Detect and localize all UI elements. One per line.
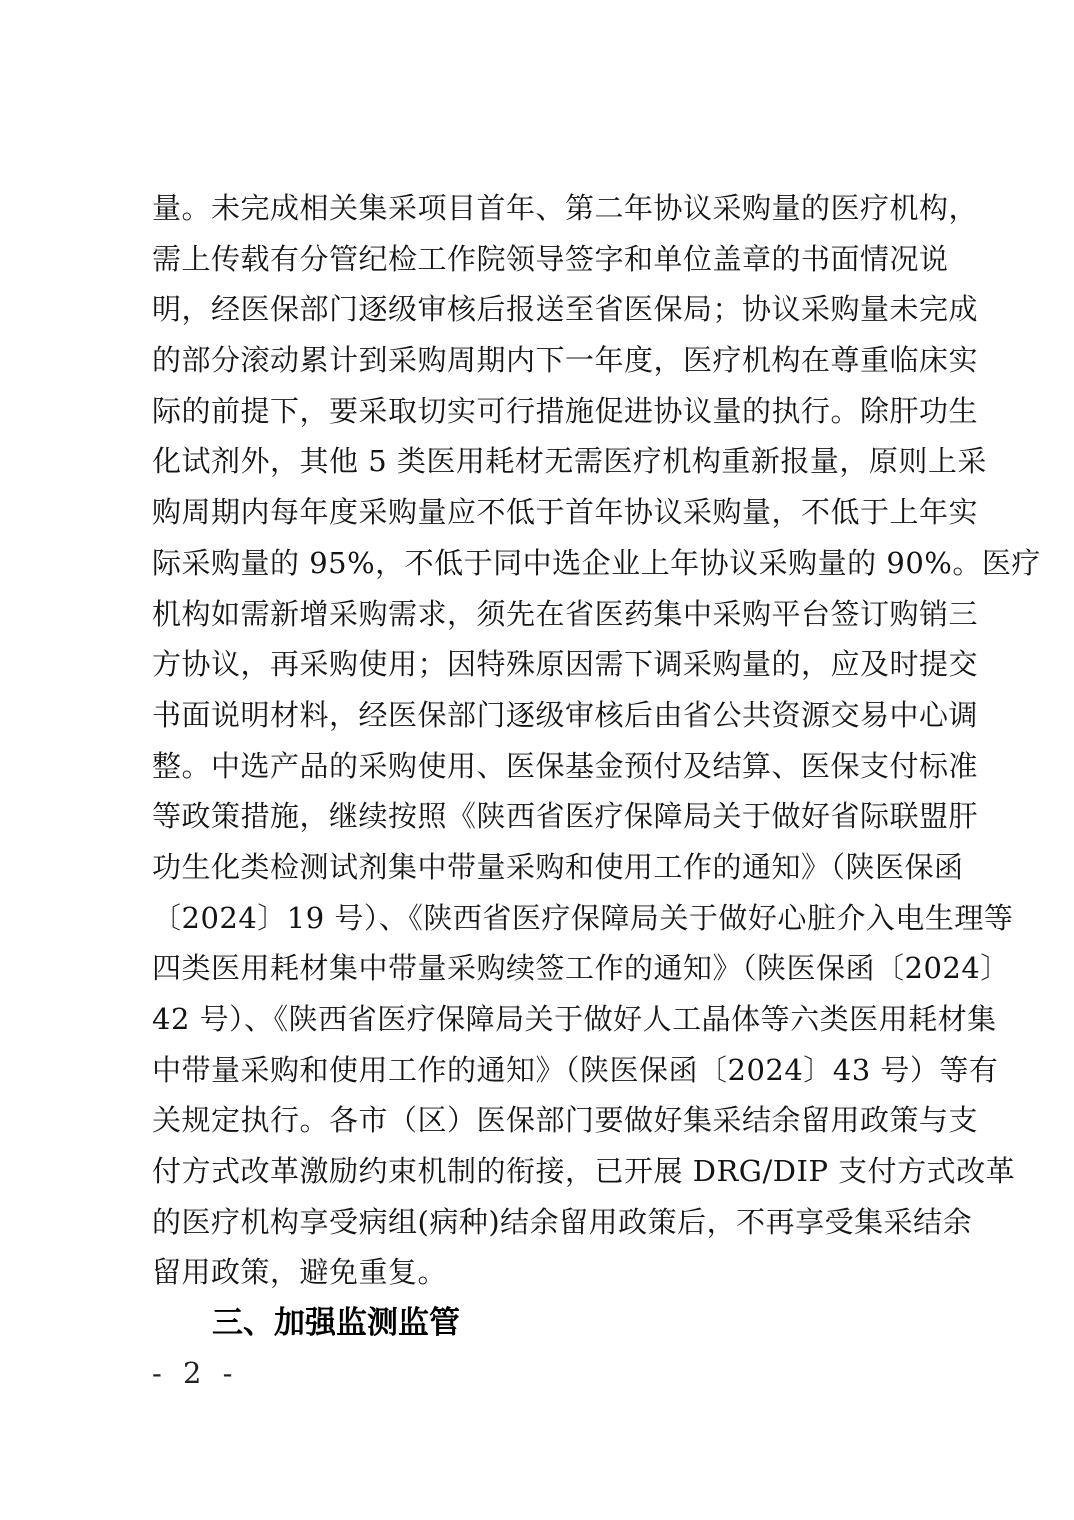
paragraph-line: 关规定执行。各市（区）医保部门要做好集采结余留用政策与支: [152, 1095, 938, 1146]
paragraph-line: 的医疗机构享受病组(病种)结余留用政策后，不再享受集采结余: [152, 1197, 938, 1248]
paragraph-line: 等政策措施，继续按照《陕西省医疗保障局关于做好省际联盟肝: [152, 791, 938, 842]
paragraph-line: 〔2024〕19 号）、《陕西省医疗保障局关于做好心脏介入电生理等: [152, 893, 938, 944]
paragraph-line: 量。未完成相关集采项目首年、第二年协议采购量的医疗机构，: [152, 183, 938, 234]
document-page: 量。未完成相关集采项目首年、第二年协议采购量的医疗机构， 需上传载有分管纪检工作…: [0, 0, 1074, 1520]
paragraph-line: 购周期内每年度采购量应不低于首年协议采购量，不低于上年实: [152, 487, 938, 538]
paragraph-line: 留用政策，避免重复。: [152, 1247, 938, 1298]
paragraph-line: 功生化类检测试剂集中带量采购和使用工作的通知》（陕医保函: [152, 842, 938, 893]
paragraph-line: 方协议，再采购使用；因特殊原因需下调采购量的，应及时提交: [152, 639, 938, 690]
paragraph-line: 中带量采购和使用工作的通知》（陕医保函〔2024〕43 号）等有: [152, 1045, 938, 1096]
paragraph-line: 明，经医保部门逐级审核后报送至省医保局；协议采购量未完成: [152, 284, 938, 335]
paragraph-line: 的部分滚动累计到采购周期内下一年度，医疗机构在尊重临床实: [152, 335, 938, 386]
paragraph-line: 化试剂外，其他 5 类医用耗材无需医疗机构重新报量，原则上采: [152, 436, 938, 487]
paragraph-line: 书面说明材料，经医保部门逐级审核后由省公共资源交易中心调: [152, 690, 938, 741]
paragraph-line: 际的前提下，要采取切实可行措施促进协议量的执行。除肝功生: [152, 386, 938, 437]
document-body: 量。未完成相关集采项目首年、第二年协议采购量的医疗机构， 需上传载有分管纪检工作…: [152, 183, 938, 1349]
paragraph-line: 际采购量的 95%，不低于同中选企业上年协议采购量的 90%。医疗: [152, 538, 938, 589]
paragraph-line: 四类医用耗材集中带量采购续签工作的通知》（陕医保函〔2024〕: [152, 943, 938, 994]
section-heading: 三、加强监测监管: [152, 1298, 938, 1349]
paragraph-line: 需上传载有分管纪检工作院领导签字和单位盖章的书面情况说: [152, 234, 938, 285]
paragraph-line: 付方式改革激励约束机制的衔接，已开展 DRG/DIP 支付方式改革: [152, 1146, 938, 1197]
page-number: - 2 -: [152, 1356, 239, 1390]
paragraph-line: 42 号）、《陕西省医疗保障局关于做好人工晶体等六类医用耗材集: [152, 994, 938, 1045]
paragraph-line: 整。中选产品的采购使用、医保基金预付及结算、医保支付标准: [152, 741, 938, 792]
paragraph-line: 机构如需新增采购需求，须先在省医药集中采购平台签订购销三: [152, 589, 938, 640]
